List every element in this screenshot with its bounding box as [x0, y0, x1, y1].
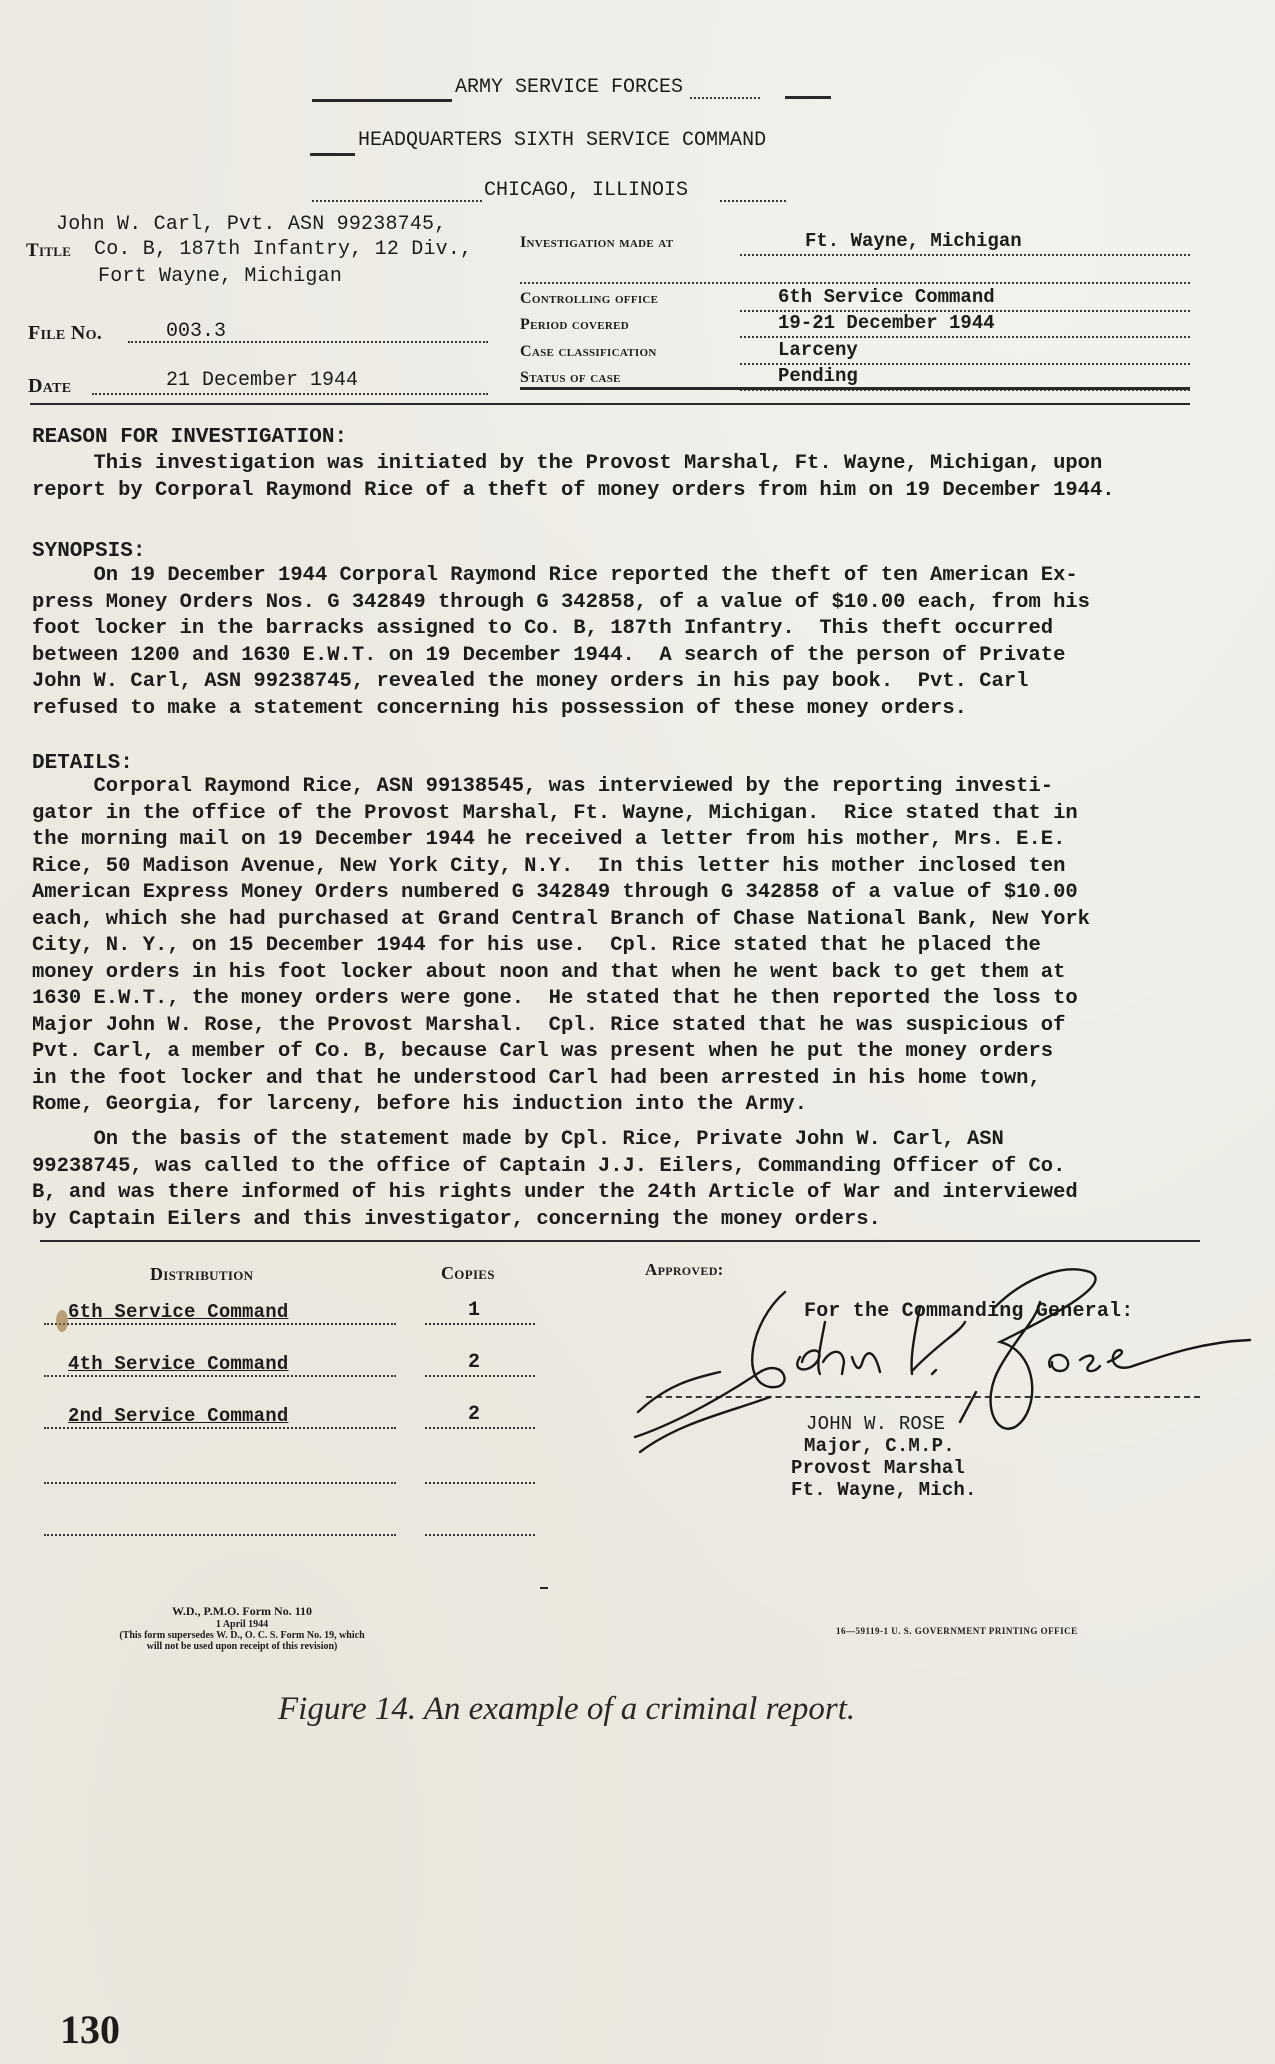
- signer-line: Ft. Wayne, Mich.: [791, 1479, 977, 1501]
- text-line: On 19 December 1944 Corporal Raymond Ric…: [32, 563, 1254, 590]
- body-bottom-rule: [40, 1240, 1200, 1242]
- distribution-line: [44, 1375, 396, 1377]
- text-line: City, N. Y., on 15 December 1944 for his…: [32, 933, 1254, 960]
- text-line: On the basis of the statement made by Cp…: [32, 1127, 1254, 1154]
- text-line: by Captain Eilers and this investigator,…: [32, 1207, 1254, 1234]
- details-text-continued: On the basis of the statement made by Cp…: [32, 1127, 1254, 1233]
- text-line: American Express Money Orders numbered G…: [32, 880, 1254, 907]
- distribution-copies: 1: [468, 1299, 480, 1322]
- text-line: 1630 E.W.T., the money orders were gone.…: [32, 986, 1254, 1013]
- text-line: Pvt. Carl, a member of Co. B, because Ca…: [32, 1039, 1254, 1066]
- signer-line: Provost Marshal: [791, 1457, 965, 1479]
- case-field-value: 19-21 December 1944: [778, 312, 995, 334]
- case-field-label: Controlling office: [520, 290, 658, 308]
- fields-bottom-rule: [520, 387, 1190, 390]
- text-line: each, which she had purchased at Grand C…: [32, 907, 1254, 934]
- header-dots-1: [690, 97, 760, 99]
- case-field-value: Ft. Wayne, Michigan: [805, 230, 1022, 252]
- header-line-2: HEADQUARTERS SIXTH SERVICE COMMAND: [358, 129, 766, 152]
- text-line: B, and was there informed of his rights …: [32, 1180, 1254, 1207]
- printer-imprint: 16—59119-1 U. S. GOVERNMENT PRINTING OFF…: [836, 1626, 1078, 1637]
- copies-line: [425, 1375, 535, 1377]
- page-number: 130: [60, 2006, 120, 2053]
- text-line: 99238745, was called to the office of Ca…: [32, 1154, 1254, 1181]
- text-line: report by Corporal Raymond Rice of a the…: [32, 478, 1254, 505]
- title-label: Title: [26, 240, 71, 262]
- text-line: John W. Carl, ASN 99238745, revealed the…: [32, 669, 1254, 696]
- header-dots-3a: [312, 200, 482, 202]
- text-line: This investigation was initiated by the …: [32, 451, 1254, 478]
- synopsis-title: SYNOPSIS:: [32, 540, 145, 563]
- date-line: [92, 393, 488, 395]
- details-text: Corporal Raymond Rice, ASN 99138545, was…: [32, 774, 1254, 1119]
- case-field-value: Larceny: [778, 339, 858, 361]
- distribution-recipient: 4th Service Command: [68, 1353, 288, 1375]
- distribution-line: [44, 1482, 396, 1484]
- stray-mark: [540, 1587, 548, 1589]
- header-rule-2: [310, 153, 355, 156]
- header-rule-1b: [785, 96, 831, 99]
- distribution-line: [44, 1534, 396, 1536]
- text-line: Rice, 50 Madison Avenue, New York City, …: [32, 854, 1254, 881]
- copies-line: [425, 1482, 535, 1484]
- details-title: DETAILS:: [32, 752, 133, 775]
- text-line: Rome, Georgia, for larceny, before his i…: [32, 1092, 1254, 1119]
- figure-caption: Figure 14. An example of a criminal repo…: [278, 1691, 855, 1728]
- copies-line: [425, 1534, 535, 1536]
- synopsis-text: On 19 December 1944 Corporal Raymond Ric…: [32, 563, 1254, 722]
- file-no-label: File No.: [28, 322, 102, 345]
- date-label: Date: [28, 375, 71, 398]
- text-line: Major John W. Rose, the Provost Marshal.…: [32, 1013, 1254, 1040]
- text-line: refused to make a statement concerning h…: [32, 696, 1254, 723]
- form-supersedes-1: (This form supersedes W. D., O. C. S. Fo…: [42, 1630, 442, 1641]
- title-line-2: Co. B, 187th Infantry, 12 Div.,: [94, 238, 472, 261]
- reason-title: REASON FOR INVESTIGATION:: [32, 426, 347, 449]
- copies-line: [425, 1427, 535, 1429]
- form-date: 1 April 1944: [92, 1619, 392, 1630]
- title-line-3: Fort Wayne, Michigan: [98, 265, 342, 288]
- text-line: in the foot locker and that he understoo…: [32, 1066, 1254, 1093]
- header-rule-1: [312, 99, 452, 102]
- text-line: money orders in his foot locker about no…: [32, 960, 1254, 987]
- case-field-line: [740, 254, 1190, 256]
- distribution-copies: 2: [468, 1351, 480, 1374]
- case-field-label: Period covered: [520, 316, 629, 334]
- header-bottom-rule: [30, 403, 1190, 405]
- case-field-line: [520, 282, 1190, 284]
- header-line-1: ARMY SERVICE FORCES: [455, 76, 683, 99]
- copies-line: [425, 1323, 535, 1325]
- title-line-1: John W. Carl, Pvt. ASN 99238745,: [56, 213, 446, 236]
- case-field-line: [740, 336, 1190, 338]
- text-line: between 1200 and 1630 E.W.T. on 19 Decem…: [32, 643, 1254, 670]
- case-field-label: Case classification: [520, 343, 657, 361]
- paper-stain: [56, 1310, 68, 1332]
- file-no-value: 003.3: [166, 320, 226, 343]
- text-line: gator in the office of the Provost Marsh…: [32, 801, 1254, 828]
- text-line: foot locker in the barracks assigned to …: [32, 616, 1254, 643]
- date-value: 21 December 1944: [166, 369, 358, 392]
- text-line: Corporal Raymond Rice, ASN 99138545, was…: [32, 774, 1254, 801]
- case-field-value: Pending: [778, 365, 858, 387]
- text-line: press Money Orders Nos. G 342849 through…: [32, 590, 1254, 617]
- signer-line: JOHN W. ROSE: [806, 1413, 945, 1435]
- header-dots-3b: [720, 200, 786, 202]
- distribution-line: [44, 1427, 396, 1429]
- case-field-value: 6th Service Command: [778, 286, 995, 308]
- reason-text: This investigation was initiated by the …: [32, 451, 1254, 504]
- distribution-line: [44, 1323, 396, 1325]
- header-line-3: CHICAGO, ILLINOIS: [484, 179, 688, 202]
- form-number: W.D., P.M.O. Form No. 110: [92, 1606, 392, 1617]
- distribution-recipient: 6th Service Command: [68, 1301, 288, 1323]
- distribution-recipient: 2nd Service Command: [68, 1405, 288, 1427]
- case-field-label: Status of case: [520, 369, 621, 387]
- signer-line: Major, C.M.P.: [804, 1435, 955, 1457]
- form-supersedes-2: will not be used upon receipt of this re…: [42, 1641, 442, 1652]
- copies-header: Copies: [441, 1263, 495, 1284]
- distribution-header: Distribution: [150, 1264, 253, 1285]
- case-field-label: Investigation made at: [520, 234, 673, 252]
- distribution-copies: 2: [468, 1403, 480, 1426]
- text-line: the morning mail on 19 December 1944 he …: [32, 827, 1254, 854]
